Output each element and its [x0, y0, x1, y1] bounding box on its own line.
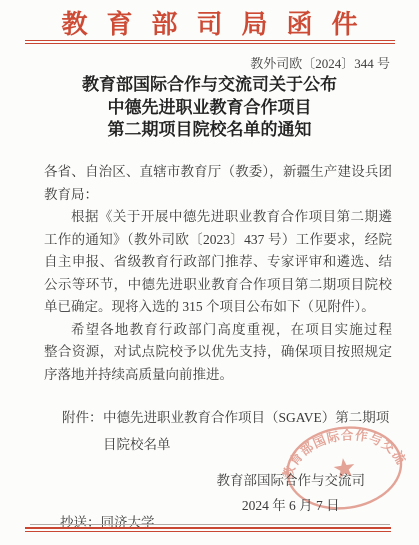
attachment-line-1: 中德先进职业教育合作项目（SGAVE）第二期项 [103, 404, 396, 431]
attachment-block: 附件： 中德先进职业教育合作项目（SGAVE）第二期项 目院校名单 [62, 404, 396, 458]
body-line: 单已确定。现将入选的 315 个项目公布如下（见附件）。 [44, 296, 392, 319]
signing-date: 2024 年 6 月 7 日 [217, 493, 366, 518]
footer-hairline [30, 524, 390, 525]
signature-block: 教育部国际合作与交流司 2024 年 6 月 7 日 [217, 468, 366, 518]
notice-title: 教育部国际合作与交流司关于公布 中德先进职业教育合作项目 第二期项目院校名单的通… [0, 74, 419, 142]
body-line: 公示等环节，中德先进职业教育合作项目第二期项目院校名 [44, 274, 392, 297]
body-line: 各省、自治区、直辖市教育厅（教委），新疆生产建设兵团 [44, 161, 392, 184]
footer-double-rule [25, 527, 391, 532]
document-page: 教育部司局函件 教外司欧〔2024〕344 号 教育部国际合作与交流司关于公布 … [0, 0, 419, 545]
notice-title-line-1: 教育部国际合作与交流司关于公布 [0, 74, 419, 97]
header-double-rule [25, 40, 395, 44]
signing-department: 教育部国际合作与交流司 [217, 468, 366, 493]
attachment-line-2: 目院校名单 [103, 431, 396, 458]
notice-title-line-2: 中德先进职业教育合作项目 [0, 97, 419, 120]
body-line: 根据《关于开展中德先进职业教育合作项目第二期遴选 [44, 206, 392, 229]
body-line: 自主申报、省级教育行政部门推荐、专家评审和遴选、结果 [44, 251, 392, 274]
attachment-content: 中德先进职业教育合作项目（SGAVE）第二期项 目院校名单 [103, 404, 396, 458]
document-number: 教外司欧〔2024〕344 号 [0, 53, 390, 72]
attachment-label: 附件： [62, 404, 103, 431]
body-line: 工作的通知》（教外司欧〔2023〕437 号）工作要求，经院校 [44, 229, 392, 252]
letterhead-title: 教育部司局函件 [0, 4, 419, 41]
body-line: 序落地并持续高质量向前推进。 [44, 364, 392, 387]
notice-body: 各省、自治区、直辖市教育厅（教委），新疆生产建设兵团 教育局： 根据《关于开展中… [44, 161, 392, 386]
body-line: 希望各地教育行政部门高度重视，在项目实施过程中， [44, 319, 392, 342]
body-line: 教育局： [44, 184, 392, 207]
notice-title-line-3: 第二期项目院校名单的通知 [0, 119, 419, 142]
body-line: 整合资源，对试点院校予以优先支持，确保项目按照规定程 [44, 341, 392, 364]
